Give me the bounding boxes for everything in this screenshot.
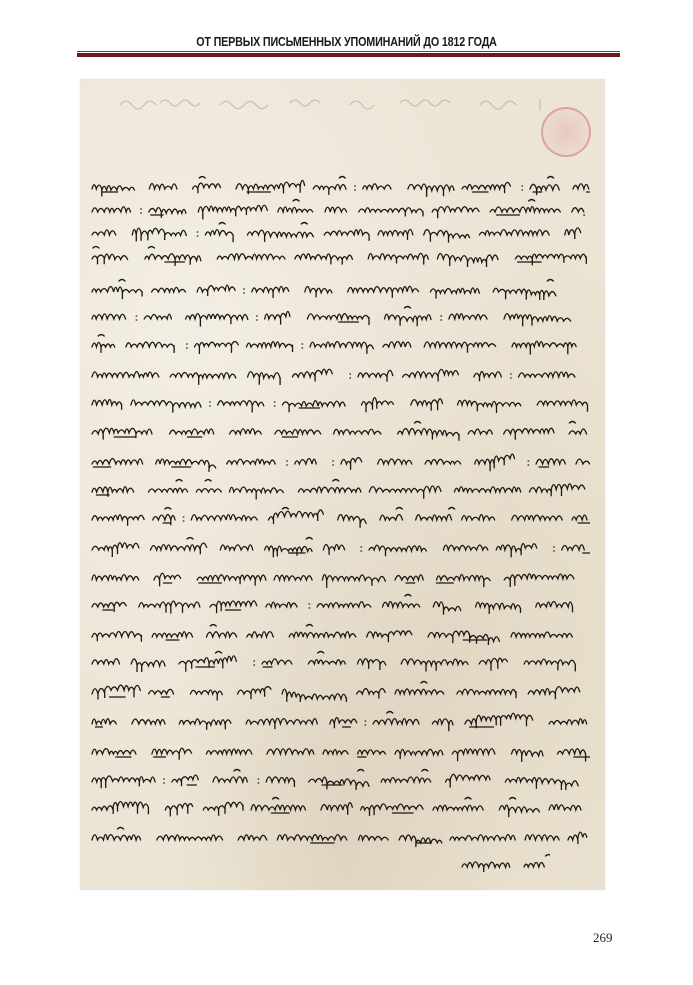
manuscript-line (90, 680, 590, 702)
manuscript-line (90, 245, 590, 267)
header-rule-thick (77, 53, 620, 57)
page-number: 269 (593, 930, 613, 946)
header-rule-thin (77, 51, 620, 52)
manuscript-line (90, 278, 570, 300)
manuscript-line (90, 420, 590, 442)
manuscript-line (90, 198, 585, 220)
manuscript-line (90, 221, 585, 243)
manuscript-line (90, 333, 590, 355)
manuscript-line (90, 391, 590, 413)
manuscript-line (460, 853, 550, 875)
manuscript-line (90, 826, 590, 848)
manuscript-line (90, 305, 580, 327)
manuscript-line (90, 740, 590, 762)
manuscript-line (90, 623, 590, 645)
manuscript-line (90, 363, 590, 385)
manuscript-line (90, 796, 590, 818)
pencil-annotation (120, 93, 560, 113)
manuscript-line (90, 506, 590, 528)
manuscript-line (90, 650, 590, 672)
manuscript-line (90, 478, 590, 500)
archive-stamp (541, 107, 591, 157)
header-rule (77, 51, 620, 58)
running-header-title: ОТ ПЕРВЫХ ПИСЬМЕННЫХ УПОМИНАНИЙ ДО 1812 … (49, 35, 645, 49)
manuscript-line (90, 175, 590, 197)
manuscript-line (90, 768, 590, 790)
manuscript-line (90, 593, 590, 615)
manuscript-line (90, 536, 590, 558)
manuscript-line (90, 710, 590, 732)
manuscript-image (80, 79, 605, 890)
manuscript-line (90, 566, 590, 588)
manuscript-line (90, 450, 590, 472)
